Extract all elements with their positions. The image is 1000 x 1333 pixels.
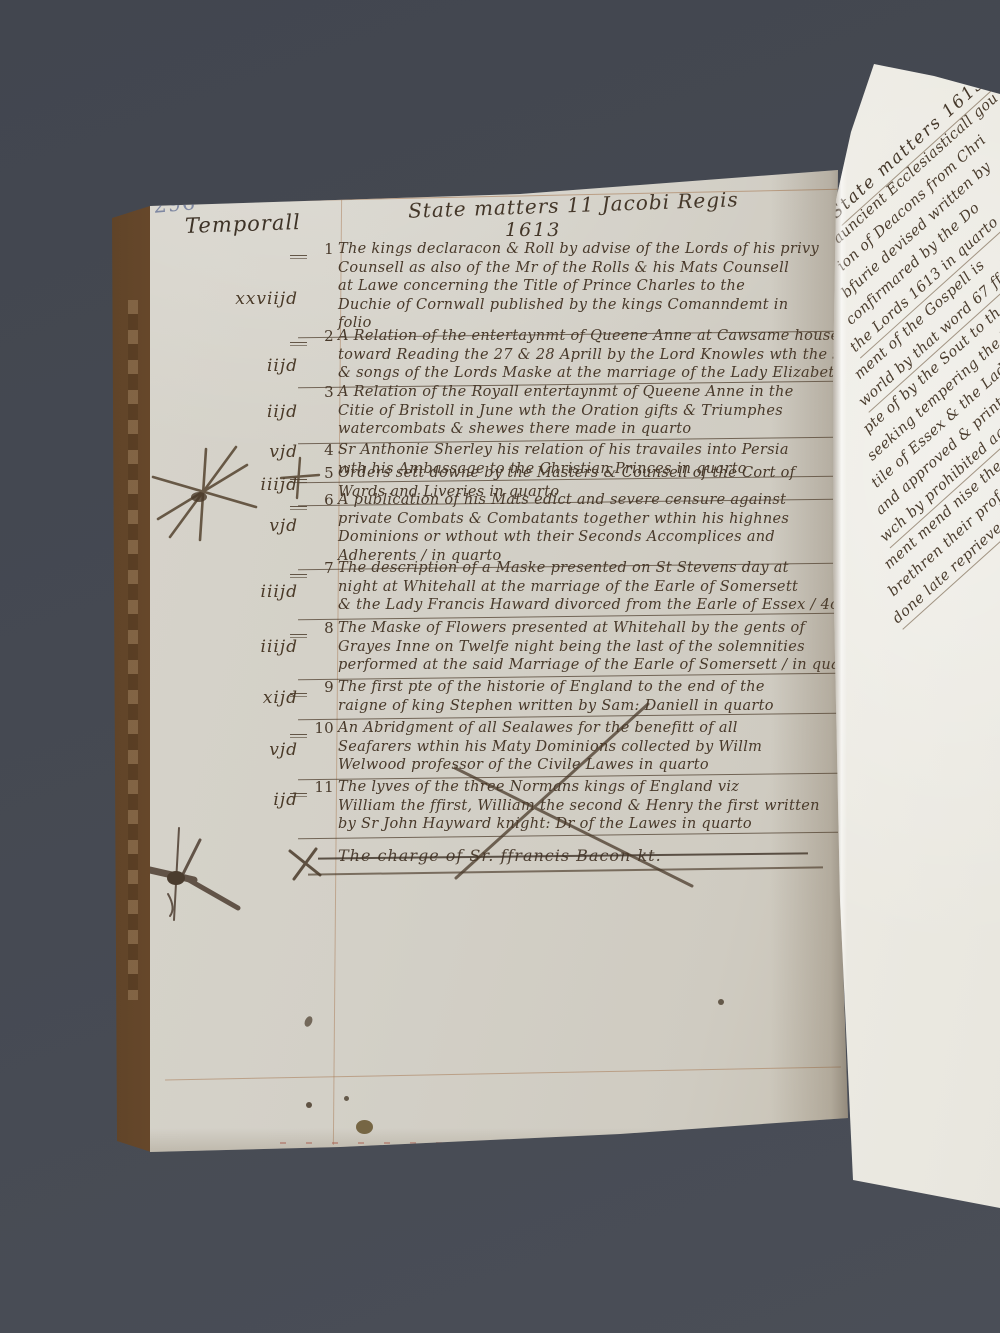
ink-speck	[344, 1096, 349, 1101]
ink-speck	[442, 1148, 446, 1152]
entry-number: 2	[314, 327, 334, 346]
entry-number: 3	[314, 383, 334, 402]
plus-mark	[277, 455, 323, 501]
entry-tick-mark	[290, 342, 307, 346]
facing-page-text: State matters 1613auncient Ecclesiastica…	[826, 0, 1000, 208]
entry-line: A Relation of the Royall entertaynmt of …	[338, 383, 840, 402]
catalogue-entry: 7iiijdThe description of a Maske present…	[338, 559, 840, 617]
entry-number: 1	[314, 240, 334, 259]
entry-line: The Maske of Flowers presented at Whiteh…	[338, 619, 840, 638]
margin-price: iiijd	[196, 638, 298, 657]
entry-line: The description of a Maske presented on …	[338, 559, 840, 578]
entry-number: 8	[314, 619, 334, 638]
entry-line: The kings declaracon & Roll by advise of…	[338, 240, 840, 259]
entry-line: toward Reading the 27 & 28 Aprill by the…	[338, 346, 840, 365]
entry-line: Counsell as also of the Mr of the Rolls …	[338, 259, 840, 278]
entry-line: Orders sett downe by the Masters & Couns…	[338, 464, 840, 483]
entry-line: night at Whitehall at the marriage of th…	[338, 578, 840, 597]
entry-line: Dominions or wthout wth their Seconds Ac…	[338, 528, 840, 547]
catalogue-entry: 8iiijdThe Maske of Flowers presented at …	[338, 619, 840, 677]
entry-number: 7	[314, 559, 334, 578]
entry-tick-mark	[290, 574, 307, 578]
dagger-mark	[138, 820, 250, 932]
margin-price: iiijd	[196, 583, 298, 602]
entry-number: 11	[314, 778, 334, 797]
entry-line: A publication of his Mats edict and seve…	[338, 491, 840, 510]
catalogue-entry: 6vjdA publication of his Mats edict and …	[338, 491, 840, 567]
deletion-x-mark	[286, 845, 326, 883]
entry-line: at Lawe concerning the Title of Prince C…	[338, 277, 840, 296]
catalogue-entry: 3iijdA Relation of the Royall entertaynm…	[338, 383, 840, 441]
margin-price: xijd	[196, 689, 298, 708]
entry-number: 9	[314, 678, 334, 697]
entry-line: Citie of Bristoll in June wth the Oratio…	[338, 402, 840, 421]
entry-line: A Relation of the entertaynmt of Queene …	[338, 327, 840, 346]
margin-price: iijd	[196, 403, 298, 422]
entry-line: Grayes Inne on Twelfe night being the la…	[338, 638, 840, 657]
entry-tick-mark	[290, 734, 307, 738]
entry-number: 10	[314, 719, 334, 738]
page-bottom-shade	[150, 1128, 850, 1154]
margin-price: ijd	[196, 791, 298, 810]
margin-price: xxviijd	[196, 290, 298, 309]
entry-line: Sr Anthonie Sherley his relation of his …	[338, 441, 840, 460]
entry-tick-mark	[290, 506, 307, 510]
ink-speck	[718, 999, 724, 1005]
manuscript-photo: 296 Temporall State matters 11 Jacobi Re…	[0, 0, 1000, 1333]
asterisk-mark	[150, 445, 262, 543]
margin-price: iijd	[196, 357, 298, 376]
catalogue-entry: 1xxviijdThe kings declaracon & Roll by a…	[338, 240, 840, 335]
entry-line: private Combats & Combatants together wt…	[338, 510, 840, 529]
entry-line: Duchie of Cornwall published by the king…	[338, 296, 840, 315]
margin-price: vjd	[196, 741, 298, 760]
cancellation-x-mark	[420, 690, 720, 895]
catalogue-entry: 2iijdA Relation of the entertaynmt of Qu…	[338, 327, 840, 385]
ink-speck	[306, 1102, 312, 1108]
entry-tick-mark	[290, 255, 307, 259]
